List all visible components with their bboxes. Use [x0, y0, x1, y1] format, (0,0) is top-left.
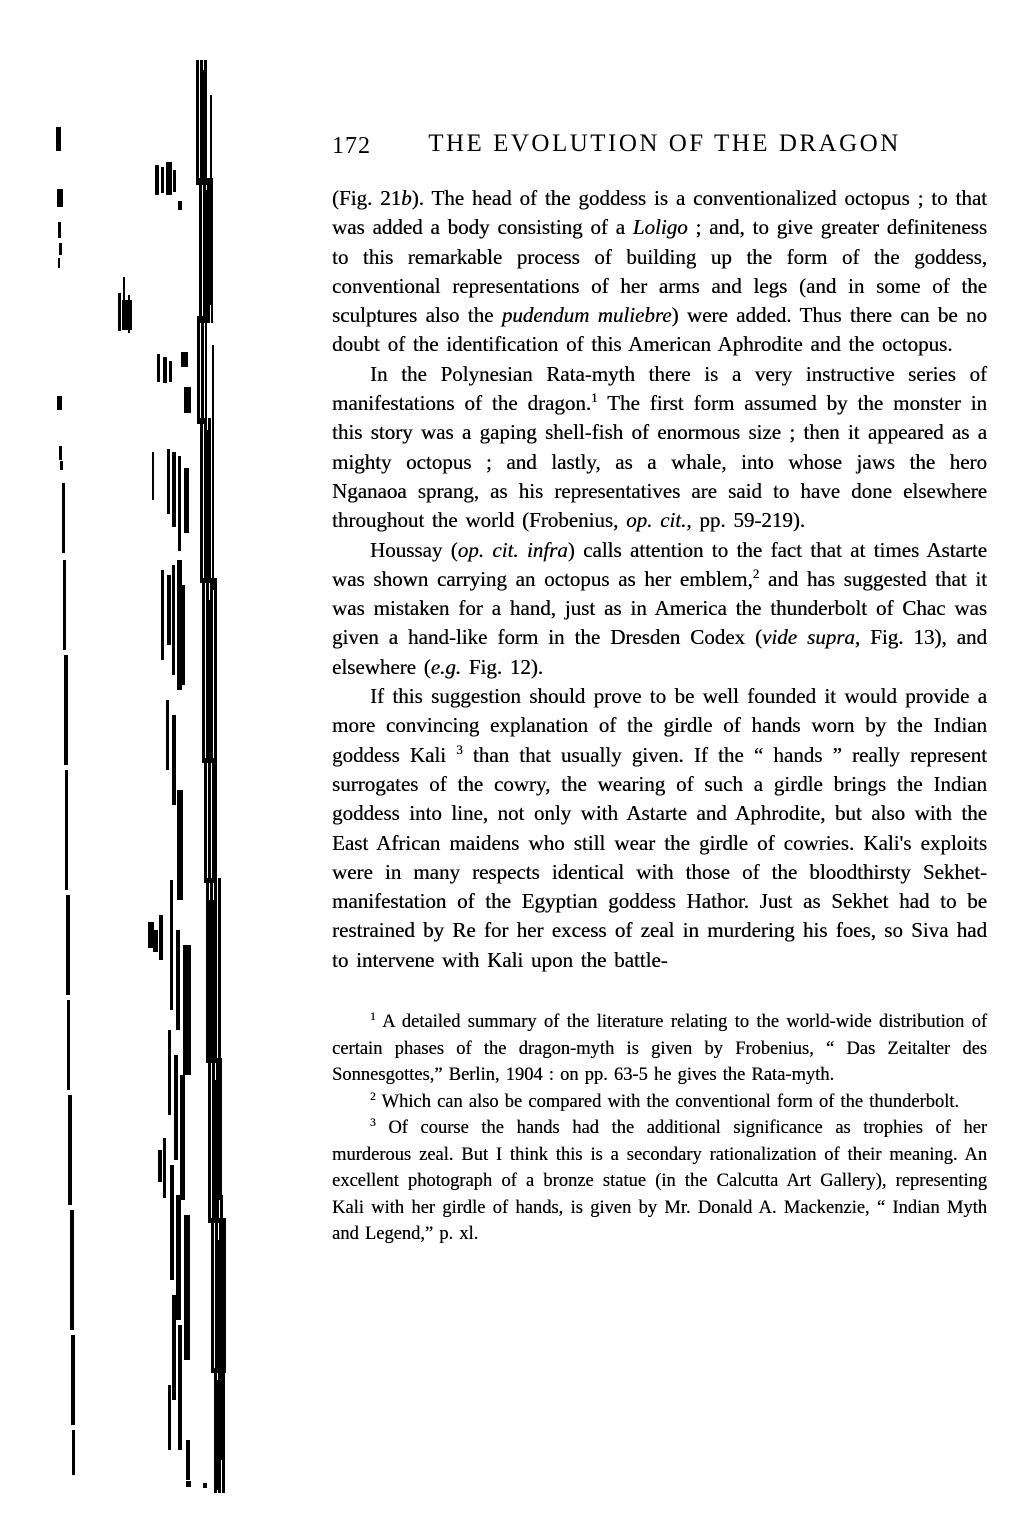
scan-smudge	[206, 878, 222, 1063]
scan-smudge	[172, 452, 176, 527]
scan-smudge	[123, 277, 125, 329]
scan-smudge	[57, 396, 62, 410]
scan-smudge	[68, 1095, 72, 1205]
scan-smudge	[212, 1080, 216, 1220]
scan-smudge	[215, 1240, 220, 1370]
scan-smudge	[217, 1380, 221, 1490]
scan-smudge	[159, 915, 163, 960]
scan-smudge	[176, 930, 180, 1030]
scan-smudge	[212, 345, 214, 590]
scan-smudge	[211, 1218, 226, 1373]
scan-smudge	[60, 461, 63, 470]
running-title: THE EVOLUTION OF THE DRAGON	[332, 130, 987, 158]
scanned-book-page: 172 THE EVOLUTION OF THE DRAGON (Fig. 21…	[0, 0, 1019, 1529]
scan-smudge	[174, 1055, 178, 1160]
scan-smudge	[59, 446, 62, 460]
footnotes: 1 A detailed summary of the literature r…	[332, 1009, 987, 1248]
scan-smudge	[67, 1000, 70, 1090]
scan-smudge	[214, 1368, 226, 1493]
text-block: 172 THE EVOLUTION OF THE DRAGON (Fig. 21…	[332, 130, 987, 1248]
scan-smudge	[62, 483, 65, 553]
footnote: 1 A detailed summary of the literature r…	[332, 1009, 987, 1089]
body-paragraph: In the Polynesian Rata-myth there is a v…	[332, 360, 987, 536]
scan-smudge	[166, 162, 172, 195]
body-text: (Fig. 21b). The head of the goddess is a…	[332, 184, 987, 975]
scan-smudge	[186, 1440, 190, 1480]
scan-smudge	[177, 560, 182, 690]
scan-smudge	[63, 560, 66, 650]
scan-smudge	[168, 1385, 171, 1450]
scan-smudge	[200, 418, 213, 583]
scan-smudge	[206, 600, 211, 760]
scan-smudge	[218, 1486, 220, 1490]
scan-smudge	[203, 1483, 207, 1488]
scan-smudge	[59, 243, 62, 255]
scan-smudge	[210, 95, 212, 305]
page-header: 172 THE EVOLUTION OF THE DRAGON	[332, 130, 987, 164]
page-number: 172	[332, 133, 371, 160]
scan-smudge	[182, 585, 185, 685]
scan-smudge	[58, 222, 61, 238]
scan-smudge	[178, 201, 182, 210]
scan-smudge	[71, 1335, 75, 1425]
scan-smudge	[70, 1210, 74, 1330]
scan-smudge	[64, 655, 68, 765]
scan-smudge	[176, 1195, 181, 1320]
scan-smudge	[202, 578, 217, 763]
scan-smudge	[172, 565, 175, 675]
scan-smudge	[204, 758, 216, 883]
scan-smudge	[184, 468, 189, 533]
scan-smudge	[72, 1430, 75, 1475]
scan-smudge	[209, 900, 214, 1060]
scan-smudge	[168, 1030, 171, 1115]
scan-smudge	[161, 167, 164, 193]
scan-smudge	[215, 645, 217, 945]
scan-smudge	[170, 1165, 174, 1280]
scan-smudge	[161, 570, 164, 660]
scan-smudge	[183, 945, 191, 1075]
scan-smudge	[184, 1215, 190, 1360]
scan-smudge	[167, 575, 171, 645]
scan-smudge	[163, 357, 167, 383]
scan-smudge	[157, 354, 160, 382]
scan-smudge	[148, 922, 154, 948]
scan-smudge	[186, 1481, 191, 1487]
scan-smudge	[218, 945, 220, 1200]
scan-smudge	[56, 127, 61, 151]
scan-smudge	[153, 930, 158, 952]
scan-smudge	[57, 189, 63, 207]
scan-smudge	[172, 715, 176, 805]
scan-smudge	[197, 316, 207, 424]
scan-smudge	[204, 430, 208, 580]
scan-smudge	[169, 361, 172, 382]
scan-smudge	[166, 700, 169, 770]
scan-smudge	[172, 1295, 176, 1400]
scan-smudge	[58, 258, 60, 268]
body-paragraph: (Fig. 21b). The head of the goddess is a…	[332, 184, 987, 360]
scan-smudge	[184, 387, 191, 413]
scan-smudge	[66, 895, 70, 995]
scan-smudge	[128, 295, 130, 333]
scan-smudge	[65, 770, 68, 890]
scan-smudge	[177, 790, 183, 900]
footnote: 3 Of course the hands had the additional…	[332, 1115, 987, 1248]
body-paragraph: Houssay (op. cit. infra) calls attention…	[332, 536, 987, 682]
scan-smudge	[118, 293, 121, 331]
scan-smudge	[178, 1325, 182, 1450]
scan-smudge	[200, 70, 204, 180]
scan-smudge	[181, 352, 188, 367]
scan-smudge	[122, 300, 132, 330]
footnote: 2 Which can also be compared with the co…	[332, 1089, 987, 1116]
scan-smudge	[223, 1330, 225, 1490]
scan-smudge	[167, 449, 170, 514]
scan-smudge	[155, 165, 159, 195]
scan-smudge	[152, 452, 154, 500]
scan-smudge	[163, 1138, 166, 1198]
body-paragraph: If this suggestion should prove to be we…	[332, 682, 987, 975]
scan-smudge	[158, 1150, 162, 1182]
scan-smudge	[170, 880, 173, 1010]
scan-smudge	[203, 190, 208, 320]
scan-smudge	[196, 60, 208, 185]
scan-smudge	[221, 1195, 223, 1460]
scan-smudge	[180, 1075, 185, 1200]
scan-smudge	[199, 178, 213, 323]
scan-smudge	[178, 456, 181, 551]
scan-smudge	[173, 170, 176, 192]
scan-smudge	[208, 1058, 222, 1223]
